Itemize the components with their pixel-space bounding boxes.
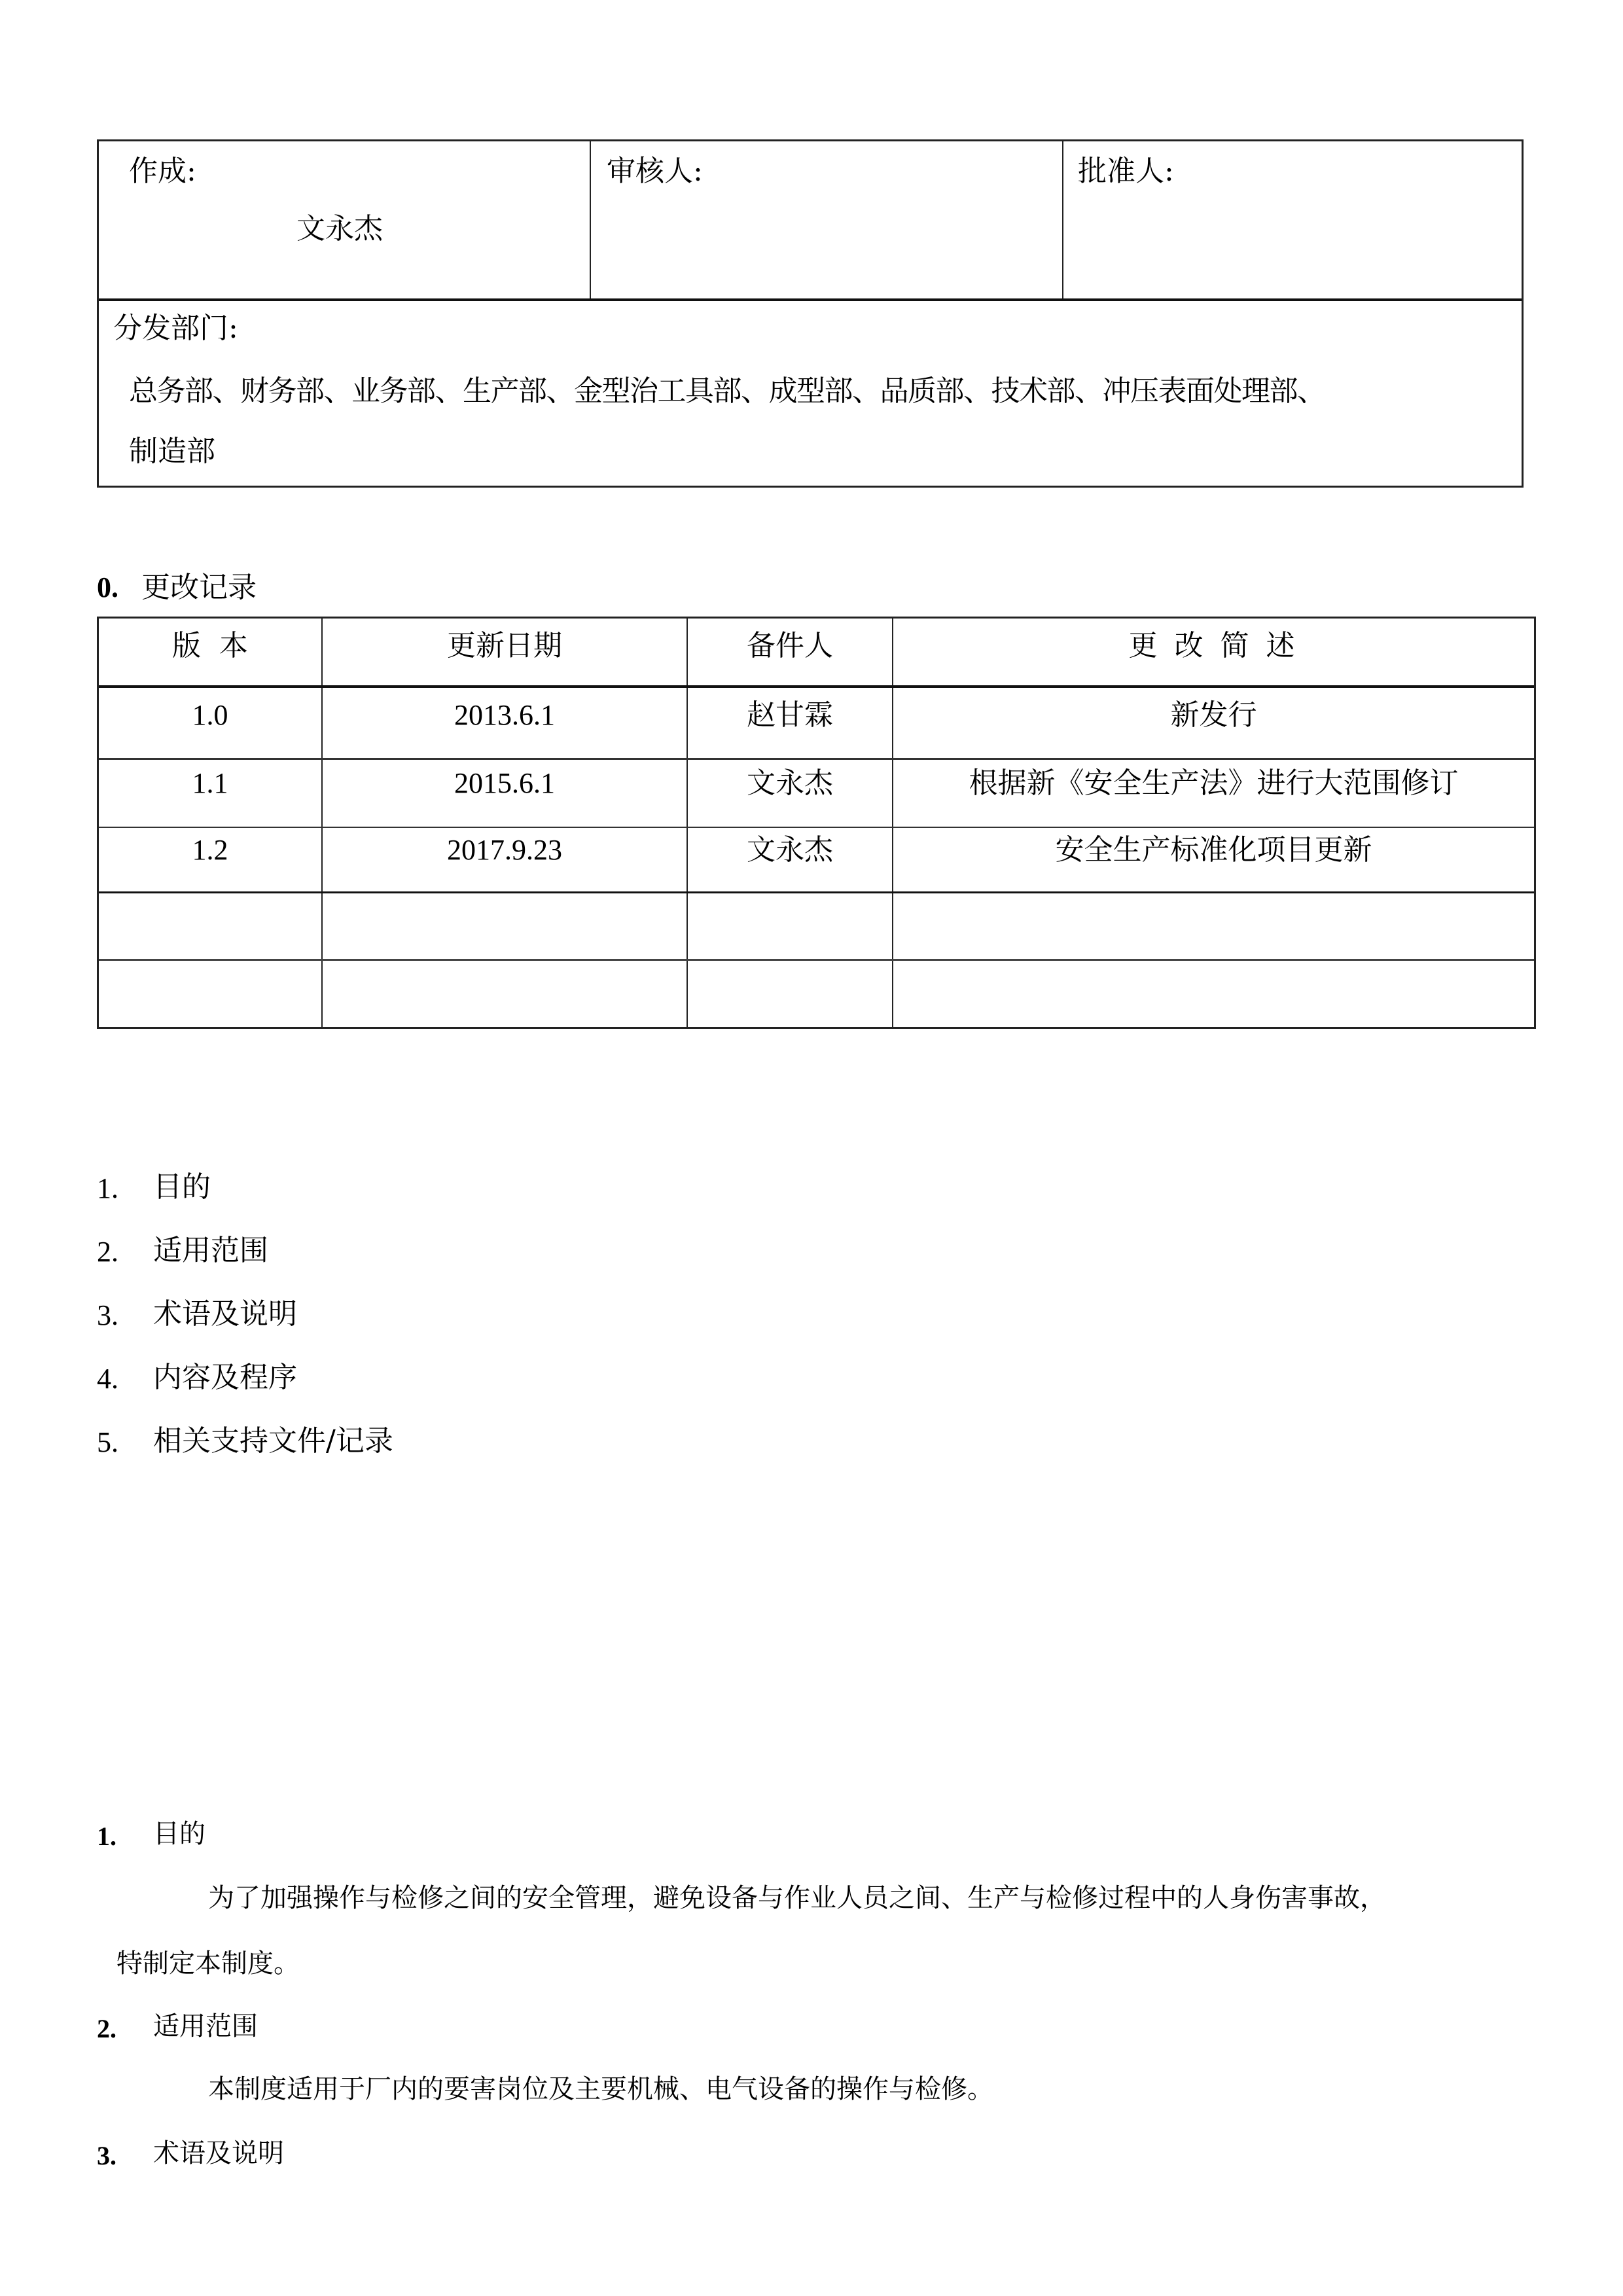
header-summary: 更 改 简 述 xyxy=(893,619,1534,685)
cell-person xyxy=(688,893,893,959)
toc-label: 相关支持文件/记录 xyxy=(153,1427,393,1456)
change-record-table: 版 本 更新日期 备件人 更 改 简 述 1.0 2013.6.1 赵甘霖 新发… xyxy=(97,617,1536,1029)
cell-summary xyxy=(893,893,1534,959)
heading-number: 0. xyxy=(97,571,118,603)
toc-number: 3. xyxy=(97,1299,118,1331)
approval-table: 作成: 文永杰 审核人: 批准人: 分发部门: 总务部、财务部、业务部、生产部、… xyxy=(97,139,1524,488)
section-body-cont: 特制定本制度。 xyxy=(116,1950,300,1977)
version-value: 1.1 xyxy=(192,769,228,798)
toc-number: 2. xyxy=(97,1236,118,1268)
cell-date: 2013.6.1 xyxy=(323,688,688,758)
cell-person: 文永杰 xyxy=(688,760,893,827)
distribution-label: 分发部门: xyxy=(113,314,238,343)
date-value: 2017.9.23 xyxy=(447,836,562,865)
author-label: 作成: xyxy=(129,157,196,186)
cell-version: 1.0 xyxy=(99,688,323,758)
author-cell: 作成: 文永杰 xyxy=(99,141,591,298)
header-date: 更新日期 xyxy=(323,619,688,685)
toc-number: 4. xyxy=(97,1363,118,1395)
section-title: 适用范围 xyxy=(153,2013,258,2039)
heading-title: 更改记录 xyxy=(141,571,257,604)
table-row xyxy=(99,961,1534,1027)
cell-date xyxy=(323,961,688,1027)
section-number: 1. xyxy=(97,1821,116,1852)
toc-number: 5. xyxy=(97,1426,118,1458)
header-person: 备件人 xyxy=(688,619,893,685)
change-record-heading: 0. 更改记录 xyxy=(97,571,257,604)
cell-person xyxy=(688,961,893,1027)
section-title: 目的 xyxy=(153,1821,205,1847)
distribution-departments: 总务部、财务部、业务部、生产部、金型治工具部、成型部、品质部、技术部、冲压表面处… xyxy=(129,377,1325,406)
cell-version xyxy=(99,961,323,1027)
toc-item[interactable]: 3. 术语及说明 xyxy=(97,1299,118,1332)
section-body: 本制度适用于厂内的要害岗位及主要机械、电气设备的操作与检修。 xyxy=(208,2076,993,2102)
version-value: 1.2 xyxy=(192,836,228,865)
cell-version xyxy=(99,893,323,959)
header-version-label: 版 本 xyxy=(172,632,248,660)
header-version: 版 本 xyxy=(99,619,323,685)
toc-item[interactable]: 1. 目的 xyxy=(97,1172,118,1205)
summary-value: 根据新《安全生产法》进行大范围修订 xyxy=(969,769,1459,798)
distribution-cell: 分发部门: 总务部、财务部、业务部、生产部、金型治工具部、成型部、品质部、技术部… xyxy=(99,298,1522,486)
person-value: 赵甘霖 xyxy=(747,701,833,730)
cell-date: 2015.6.1 xyxy=(323,760,688,827)
cell-person: 文永杰 xyxy=(688,828,893,891)
reviewer-label: 审核人: xyxy=(607,157,703,186)
distribution-departments-cont: 制造部 xyxy=(129,437,215,466)
cell-person: 赵甘霖 xyxy=(688,688,893,758)
date-value: 2013.6.1 xyxy=(454,701,555,730)
summary-value: 安全生产标准化项目更新 xyxy=(1056,836,1372,865)
approver-label: 批准人: xyxy=(1078,157,1174,186)
toc-label: 内容及程序 xyxy=(153,1363,297,1392)
reviewer-cell: 审核人: xyxy=(591,141,1063,298)
version-value: 1.0 xyxy=(192,701,228,730)
summary-value: 新发行 xyxy=(1171,701,1257,730)
cell-summary xyxy=(893,961,1534,1027)
table-row: 1.0 2013.6.1 赵甘霖 新发行 xyxy=(99,688,1534,760)
toc-item[interactable]: 5. 相关支持文件/记录 xyxy=(97,1426,118,1459)
cell-version: 1.2 xyxy=(99,828,323,891)
section-number: 2. xyxy=(97,2013,116,2044)
toc-label: 适用范围 xyxy=(153,1236,268,1265)
toc-item[interactable]: 2. 适用范围 xyxy=(97,1235,118,1268)
cell-summary: 根据新《安全生产法》进行大范围修订 xyxy=(893,760,1534,827)
table-row: 1.1 2015.6.1 文永杰 根据新《安全生产法》进行大范围修订 xyxy=(99,760,1534,828)
table-header-row: 版 本 更新日期 备件人 更 改 简 述 xyxy=(99,619,1534,688)
cell-summary: 安全生产标准化项目更新 xyxy=(893,828,1534,891)
header-person-label: 备件人 xyxy=(747,632,833,660)
table-row xyxy=(99,893,1534,961)
toc-item[interactable]: 4. 内容及程序 xyxy=(97,1362,118,1395)
author-name: 文永杰 xyxy=(296,215,383,243)
approver-cell: 批准人: xyxy=(1063,141,1522,298)
toc-label: 术语及说明 xyxy=(153,1300,297,1329)
signature-row: 作成: 文永杰 审核人: 批准人: xyxy=(99,141,1522,301)
cell-summary: 新发行 xyxy=(893,688,1534,758)
toc-number: 1. xyxy=(97,1172,118,1204)
cell-date: 2017.9.23 xyxy=(323,828,688,891)
person-value: 文永杰 xyxy=(747,836,833,865)
table-row: 1.2 2017.9.23 文永杰 安全生产标准化项目更新 xyxy=(99,828,1534,893)
section-number: 3. xyxy=(97,2140,116,2171)
person-value: 文永杰 xyxy=(747,769,833,798)
section-body: 为了加强操作与检修之间的安全管理，避免设备与作业人员之间、生产与检修过程中的人身… xyxy=(208,1885,1386,1911)
toc-label: 目的 xyxy=(153,1173,211,1202)
cell-date xyxy=(323,893,688,959)
cell-version: 1.1 xyxy=(99,760,323,827)
date-value: 2015.6.1 xyxy=(454,769,555,798)
header-date-label: 更新日期 xyxy=(447,632,562,660)
header-summary-label: 更 改 简 述 xyxy=(1129,632,1299,660)
section-title: 术语及说明 xyxy=(153,2140,284,2166)
